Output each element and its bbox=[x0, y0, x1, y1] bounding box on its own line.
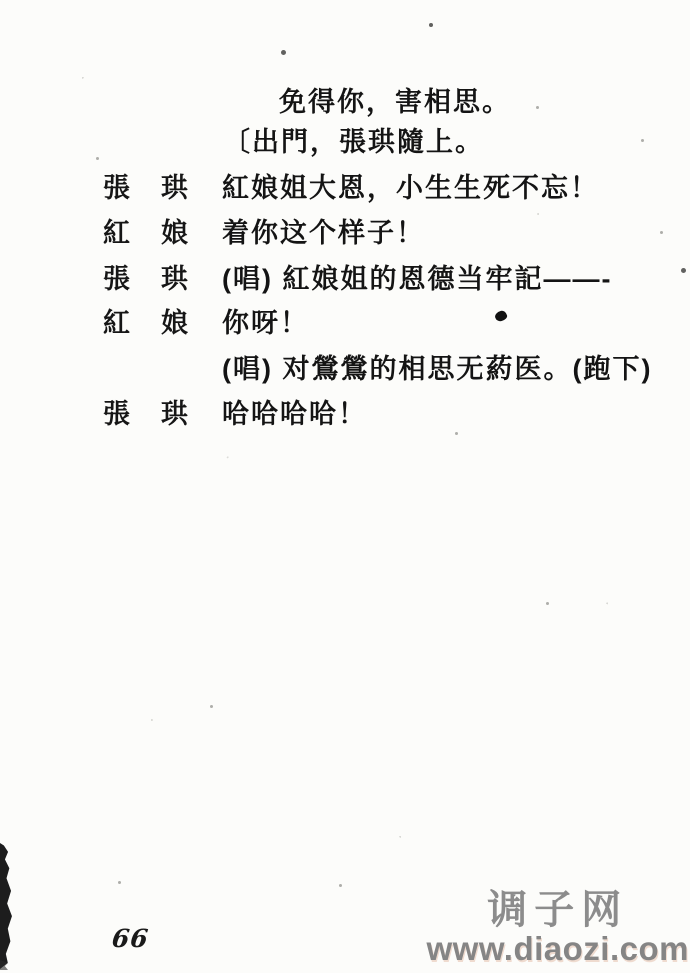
verse-line: 免得你，害相思。 bbox=[279, 80, 511, 119]
watermark: 调子网 www.diaozi.com bbox=[427, 888, 689, 966]
ink-blot bbox=[494, 310, 508, 323]
scan-speck bbox=[536, 106, 539, 109]
dialog-row: 張珙紅娘姐大恩，小生生死不忘！ bbox=[103, 166, 599, 205]
scan-speck bbox=[118, 881, 121, 884]
dialog-row: 紅娘你呀！ bbox=[103, 301, 309, 340]
scan-speck bbox=[660, 231, 663, 234]
speaker-name: 紅娘 bbox=[103, 211, 222, 250]
scan-speck bbox=[281, 50, 286, 55]
dialog-line: 紅娘姐大恩，小生生死不忘！ bbox=[222, 166, 599, 205]
speaker-name: 張珙 bbox=[103, 257, 222, 296]
watermark-site-url: www.diaozi.com bbox=[427, 932, 689, 966]
watermark-site-name: 调子网 bbox=[427, 888, 689, 932]
scan-speck bbox=[339, 884, 342, 887]
dialog-row: (唱) 对鶯鶯的相思无葯医。(跑下) bbox=[103, 347, 652, 386]
dialog-row: 紅娘着你这个样子！ bbox=[103, 211, 425, 250]
scanned-book-page: 免得你，害相思。 〔出門，張珙隨上。 張珙紅娘姐大恩，小生生死不忘！ 紅娘着你这… bbox=[0, 0, 690, 973]
stage-direction: 〔出門，張珙隨上。 bbox=[223, 120, 484, 159]
page-number: 66 bbox=[110, 924, 150, 953]
dialog-line: (唱) 紅娘姐的恩德当牢記——- bbox=[222, 257, 612, 296]
scan-speck bbox=[546, 602, 549, 605]
scan-speck bbox=[641, 139, 644, 142]
dialog-row: 張珙(唱) 紅娘姐的恩德当牢記——- bbox=[103, 257, 612, 296]
scan-speck bbox=[455, 432, 458, 435]
scan-speck bbox=[210, 705, 213, 708]
scan-edge-shadow bbox=[0, 843, 13, 969]
speaker-name: 張珙 bbox=[103, 166, 222, 205]
speaker-name: 紅娘 bbox=[103, 301, 222, 340]
speaker-name: 張珙 bbox=[103, 392, 222, 431]
scan-speck bbox=[429, 23, 433, 27]
dialog-line: 你呀！ bbox=[222, 301, 309, 340]
dialog-line: 着你这个样子！ bbox=[222, 211, 425, 250]
dialog-line: 哈哈哈哈！ bbox=[222, 392, 367, 431]
scan-speck bbox=[681, 268, 686, 273]
scan-speck bbox=[96, 157, 99, 160]
dialog-row: 張珙哈哈哈哈！ bbox=[103, 392, 367, 431]
dialog-line: (唱) 对鶯鶯的相思无葯医。(跑下) bbox=[222, 347, 652, 386]
